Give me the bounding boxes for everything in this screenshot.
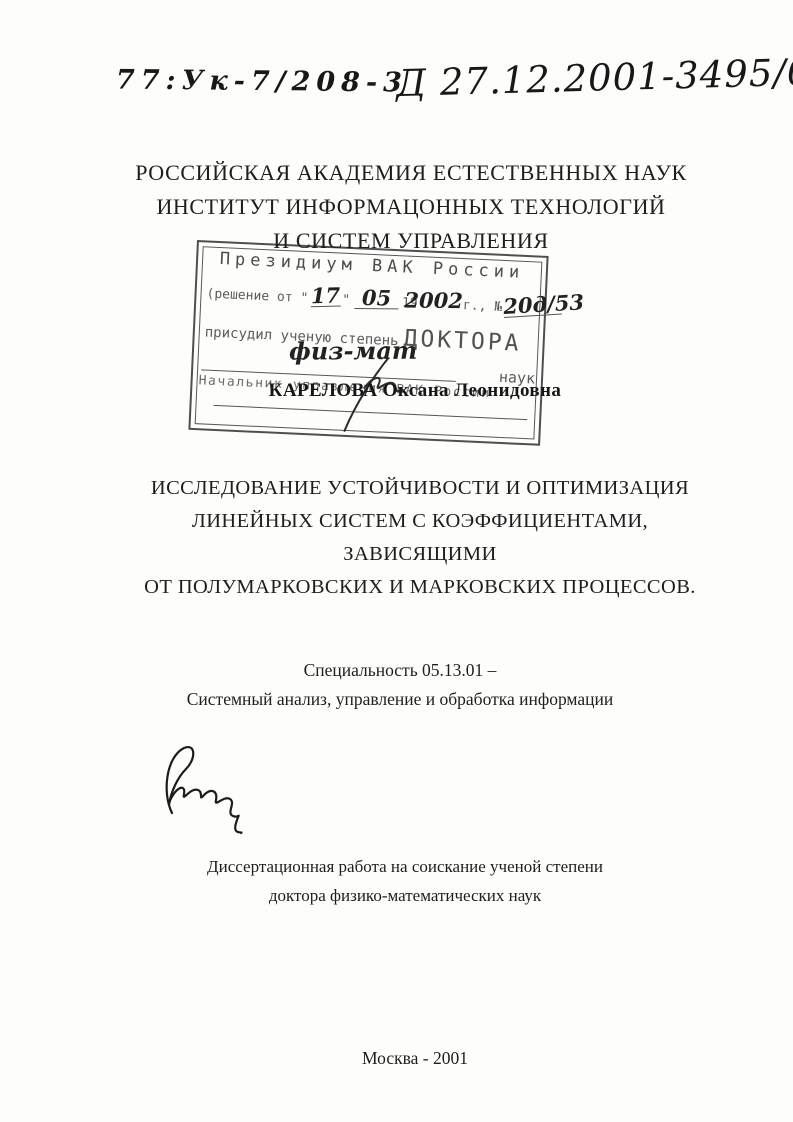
city-year: Москва - 2001 [120,1048,710,1069]
author-name: КАРЕЛОВА Оксана Леонидовна [255,380,575,402]
handwritten-month: 05 [354,288,398,309]
decision-quote: " [342,293,351,308]
specialty-block: Специальность 05.13.01 – Системный анали… [105,656,695,714]
handwritten-day: 17 [310,286,341,308]
header-line-institute: ИНСТИТУТ ИНФОРМАЦОННЫХ ТЕХНОЛОГИЙ [120,190,702,224]
handwritten-registration-number: Д 27.12.2001-3495/05 [395,50,793,105]
dissertation-title: ИССЛЕДОВАНИЕ УСТОЙЧИВОСТИ И ОПТИМИЗАЦИЯ … [125,472,715,604]
applicant-signature-icon [140,733,258,835]
year-suffix: г., № [463,298,503,315]
title-line-3: ОТ ПОЛУМАРКОВСКИХ И МАРКОВСКИХ ПРОЦЕССОВ… [125,571,715,604]
thesis-line-2: доктора физико-математических наук [110,881,700,910]
thesis-statement: Диссертационная работа на соискание учен… [110,852,700,910]
thesis-line-1: Диссертационная работа на соискание учен… [110,852,700,881]
specialty-name: Системный анализ, управление и обработка… [105,685,695,714]
vak-presidium-stamp: Президиум ВАК России (решение от " 17 " … [188,240,548,446]
title-line-1: ИССЛЕДОВАНИЕ УСТОЙЧИВОСТИ И ОПТИМИЗАЦИЯ [125,472,715,505]
handwritten-decision-number: 20д/53 [503,294,562,318]
institution-header: РОССИЙСКАЯ АКАДЕМИЯ ЕСТЕСТВЕННЫХ НАУК ИН… [120,156,702,258]
specialty-code: Специальность 05.13.01 – [105,656,695,685]
handwritten-catalog-code: 77:Ук-7/208-3 [116,64,408,98]
header-line-academy: РОССИЙСКАЯ АКАДЕМИЯ ЕСТЕСТВЕННЫХ НАУК [120,156,702,190]
title-line-2: ЛИНЕЙНЫХ СИСТЕМ С КОЭФФИЦИЕНТАМИ, ЗАВИСЯ… [125,505,715,571]
header-line-systems: И СИСТЕМ УПРАВЛЕНИЯ [120,224,702,258]
applicant-signature [140,733,258,840]
handwritten-year: 2002 [405,291,464,312]
